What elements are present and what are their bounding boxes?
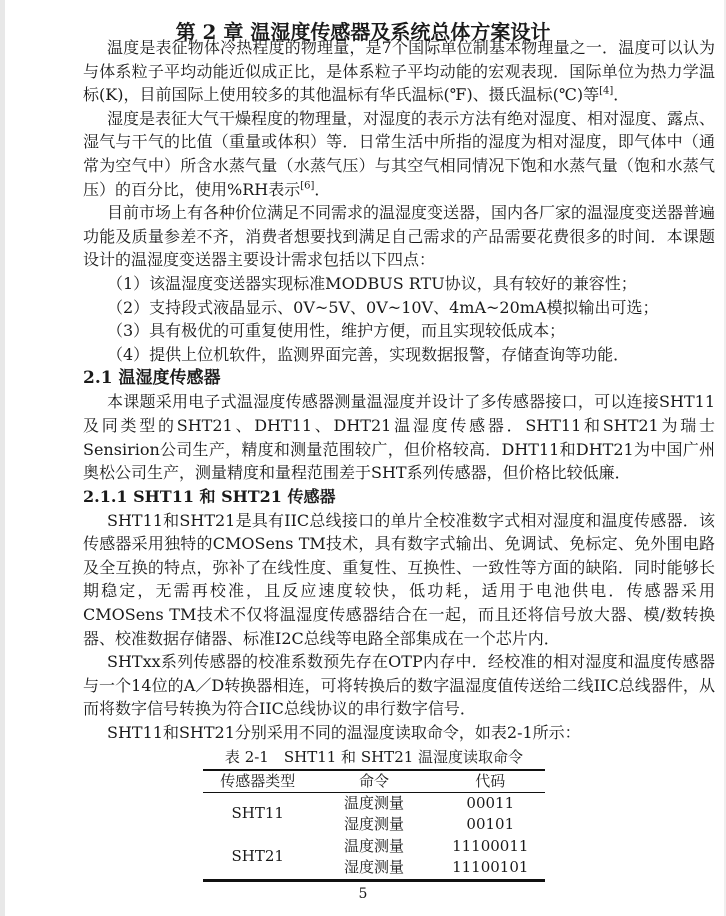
citation-4: [4] bbox=[599, 86, 613, 97]
paragraph-sht-commands: SHT11和SHT21分别采用不同的温湿度读取命令，如表2-1所示： bbox=[83, 721, 715, 745]
requirement-item-2: （2）支持段式液晶显示、0V~5V、0V~10V、4mA~20mA模拟输出可选； bbox=[83, 296, 715, 320]
command-cell: 温度测量 bbox=[312, 792, 435, 814]
command-cell: 温度测量 bbox=[312, 836, 435, 858]
requirement-item-1: （1）该温湿度变送器实现标准MODBUS RTU协议，具有较好的兼容性； bbox=[83, 272, 715, 296]
table-2-1-caption: 表 2-1 SHT11 和 SHT21 温湿度读取命令 bbox=[203, 747, 545, 767]
paragraph-sht-calibration: SHTxx系列传感器的校准系数预先存在OTP内存中．经校准的相对湿度和温度传感器… bbox=[83, 650, 715, 721]
command-cell: 湿度测量 bbox=[312, 857, 435, 880]
command-cell: 湿度测量 bbox=[312, 814, 435, 836]
citation-6: [6] bbox=[300, 180, 314, 191]
page-body: 温度是表征物体冷热程度的物理量，是7个国际单位制基本物理量之一．温度可以认为与体… bbox=[83, 36, 715, 882]
paragraph-humidity: 湿度是表征大气干燥程度的物理量，对湿度的表示方法有绝对湿度、相对湿度、露点、湿气… bbox=[83, 107, 715, 201]
column-header-code: 代码 bbox=[436, 770, 545, 793]
paragraph-temperature-tail: ． bbox=[613, 85, 629, 104]
requirement-item-4: （4）提供上位机软件，监测界面完善，实现数据报警，存储查询等功能． bbox=[83, 343, 715, 367]
code-cell: 00011 bbox=[436, 792, 545, 814]
code-cell: 11100011 bbox=[436, 836, 545, 858]
sensor-name-sht11: SHT11 bbox=[203, 792, 312, 836]
sensor-name-sht21: SHT21 bbox=[203, 836, 312, 881]
requirement-item-3: （3）具有极优的可重复使用性，维护方便，而且实现较低成本； bbox=[83, 319, 715, 343]
section-heading-2-1-1: 2.1.1 SHT11 和 SHT21 传感器 bbox=[83, 485, 715, 509]
section-heading-2-1: 2.1 温湿度传感器 bbox=[83, 366, 715, 390]
table-2-1: 传感器类型 命令 代码 SHT11 温度测量 00011 湿度测量 00101 … bbox=[203, 769, 545, 882]
page-number: 5 bbox=[0, 886, 726, 902]
paragraph-sensor-overview: 本课题采用电子式温湿度传感器测量温湿度并设计了多传感器接口，可以连接SHT11及… bbox=[83, 390, 715, 484]
paragraph-sht-description: SHT11和SHT21是具有IIC总线接口的单片全校准数字式相对湿度和温度传感器… bbox=[83, 509, 715, 651]
page-left-edge bbox=[0, 0, 5, 916]
paragraph-humidity-text: 湿度是表征大气干燥程度的物理量，对湿度的表示方法有绝对湿度、相对湿度、露点、湿气… bbox=[83, 109, 715, 199]
table-row: SHT11 温度测量 00011 bbox=[203, 792, 545, 814]
code-cell: 00101 bbox=[436, 814, 545, 836]
column-header-sensor-type: 传感器类型 bbox=[203, 770, 312, 793]
paragraph-market: 目前市场上有各种价位满足不同需求的温湿度变送器，国内各厂家的温湿度变送器普遍功能… bbox=[83, 201, 715, 272]
code-cell: 11100101 bbox=[436, 857, 545, 880]
paragraph-humidity-tail: ． bbox=[314, 180, 330, 199]
table-row: SHT21 温度测量 11100011 bbox=[203, 836, 545, 858]
column-header-command: 命令 bbox=[312, 770, 435, 793]
paragraph-temperature: 温度是表征物体冷热程度的物理量，是7个国际单位制基本物理量之一．温度可以认为与体… bbox=[83, 36, 715, 107]
table-header-row: 传感器类型 命令 代码 bbox=[203, 770, 545, 793]
